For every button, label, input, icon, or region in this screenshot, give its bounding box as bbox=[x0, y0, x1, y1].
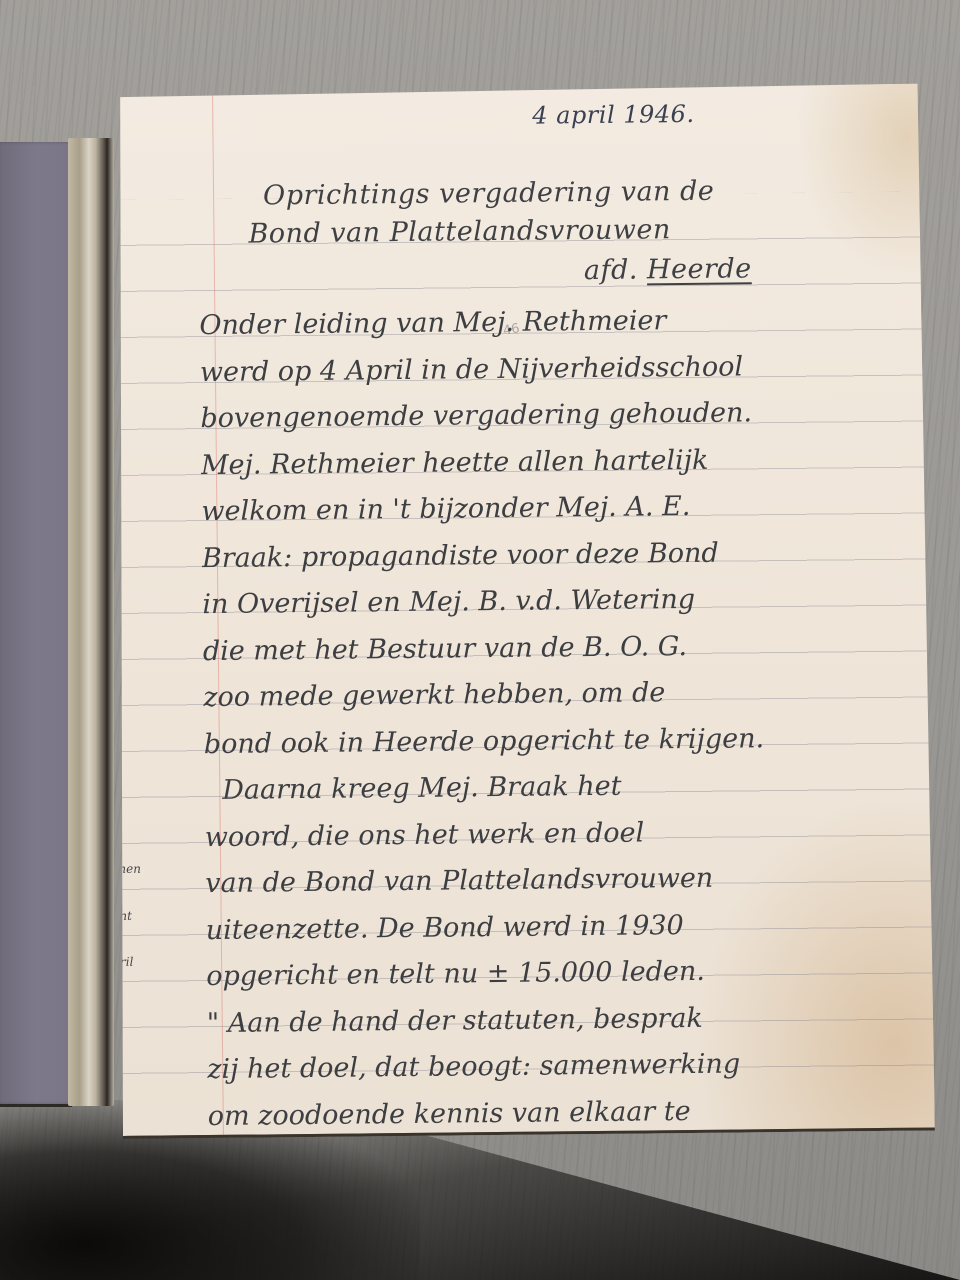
body-line: uiteenzette. De Bond werd in 1930 bbox=[206, 900, 916, 954]
minutes-body: Onder leiding van Mej. Rethmeier werd op… bbox=[199, 296, 919, 1233]
body-line: woord, die ons het werk en doel bbox=[205, 807, 915, 861]
notebook-spine bbox=[68, 138, 114, 1106]
heading-place: Heerde bbox=[647, 253, 752, 285]
body-line: zoo mede gewerkt hebben, om de bbox=[203, 668, 913, 722]
body-line: om zoodoende kennis van elkaar te bbox=[207, 1086, 917, 1140]
body-line: zij het doel, dat beoogt: samenwerking bbox=[207, 1040, 917, 1094]
heading-department: afd. bbox=[584, 255, 638, 287]
body-line: Mej. Rethmeier heette allen hartelijk bbox=[201, 435, 911, 489]
body-line: die met het Bestuur van de B. O. G. bbox=[203, 621, 913, 675]
body-line: welkom en in 't bijzonder Mej. A. E. bbox=[201, 482, 911, 536]
notebook-cover bbox=[0, 142, 72, 1107]
body-line: " Aan de hand der statuten, besprak bbox=[207, 993, 917, 1047]
body-line: in Overijsel en Mej. B. v.d. Wetering bbox=[202, 575, 912, 629]
body-line: Braak: propagandiste voor deze Bond bbox=[202, 528, 912, 582]
body-line: van de Bond van Plattelandsvrouwen bbox=[205, 854, 915, 908]
notebook-page: 4 april 1946. Oprichtings vergadering va… bbox=[112, 83, 935, 1138]
entry-date: 4 april 1946. bbox=[532, 100, 695, 130]
body-line: werd op 4 April in de Nijverheidsschool bbox=[200, 342, 910, 396]
body-line: Onder leiding van Mej. Rethmeier bbox=[199, 296, 909, 350]
heading-line-3: afd. Heerde bbox=[584, 253, 752, 286]
body-line: Daarna kreeg Mej. Braak het bbox=[204, 761, 914, 815]
body-line: bond ook in Heerde opgericht te krijgen. bbox=[204, 714, 914, 768]
body-line: opgericht en telt nu ± 15.000 leden. bbox=[206, 947, 916, 1001]
heading-line-1: Oprichtings vergadering van de bbox=[263, 176, 715, 212]
body-line: bovengenoemde vergadering gehouden. bbox=[200, 389, 910, 443]
heading-line-2: Bond van Plattelandsvrouwen bbox=[248, 214, 671, 249]
